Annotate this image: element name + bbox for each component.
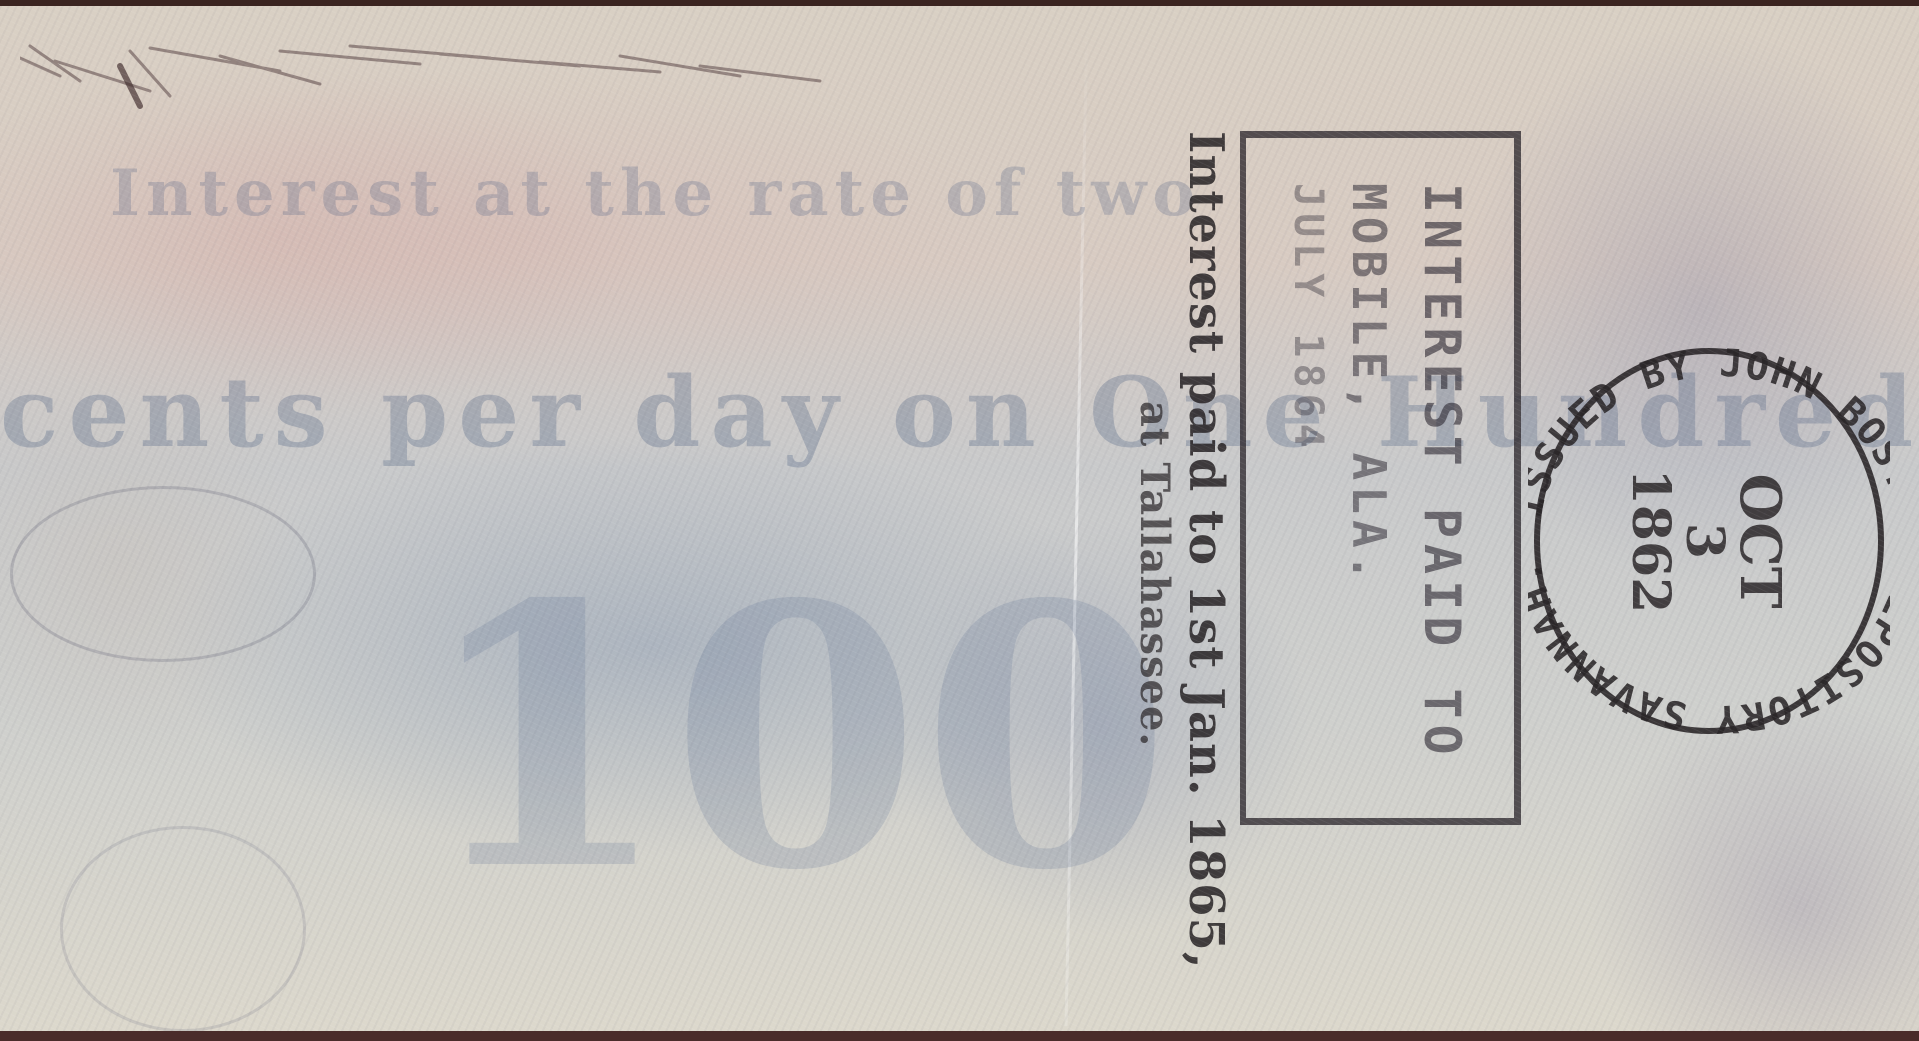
- box-stamp-line-2: MOBILE, ALA.: [1342, 183, 1396, 587]
- pencil-signature: [20, 36, 840, 116]
- faded-ornament-circle: [60, 826, 306, 1032]
- faded-print-top-line: Interest at the rate of two: [110, 156, 1201, 231]
- depository-month: OCT: [1727, 473, 1793, 608]
- interest-paid-line-2: at Tallahassee.: [1130, 131, 1178, 970]
- interest-paid-line-1: Interest paid to 1st Jan. 1865,: [1178, 131, 1234, 970]
- box-stamp-line-3: JULY 1864: [1285, 183, 1331, 454]
- background-edge: [0, 1031, 1919, 1041]
- box-stamp-interest: INTEREST PAID TO MOBILE, ALA. JULY 1864: [1240, 131, 1521, 825]
- depository-year: 1862: [1620, 469, 1681, 614]
- box-stamp-line-1: INTEREST PAID TO: [1413, 183, 1471, 761]
- faded-large-numeral: 100: [420, 526, 1171, 949]
- document-paper: Interest at the rate of two cents per da…: [0, 6, 1919, 1032]
- depository-day: 3: [1674, 523, 1735, 559]
- interest-paid-stamp: Interest paid to 1st Jan. 1865, at Talla…: [1130, 131, 1234, 970]
- depository-round-stamp: ISSUED BY JOHN BOSTON DEPOSITORY SAVANNA…: [1528, 341, 1890, 749]
- faded-ornament-oval: [10, 486, 316, 662]
